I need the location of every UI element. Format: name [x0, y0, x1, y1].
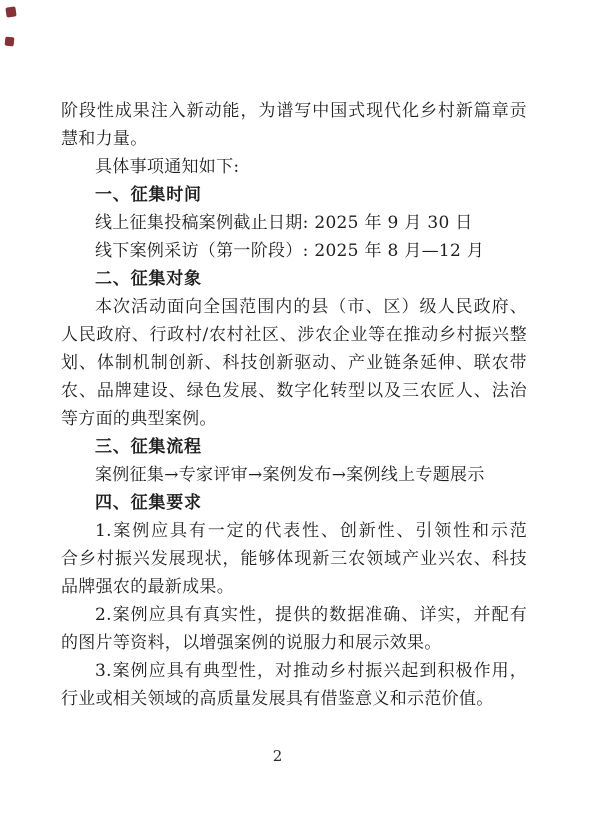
document-line: 的图片等资料，以增强案例的说服力和展示效果。 [61, 629, 527, 657]
document-body: 阶段性成果注入新动能，为谱写中国式现代化乡村新篇章贡献智慧和力量。具体事项通知如… [61, 97, 527, 713]
document-line: 案例征集→专家评审→案例发布→案例线上专题展示 [61, 461, 527, 489]
document-line: 线上征集投稿案例截止日期: 2025 年 9 月 30 日 [61, 209, 527, 237]
document-line: 二、征集对象 [61, 265, 527, 293]
document-line: 线下案例采访（第一阶段）: 2025 年 8 月—12 月 [61, 237, 527, 265]
page-number: 2 [0, 745, 573, 767]
document-line: 农、品牌建设、绿色发展、数字化转型以及三农匠人、法治护农 [61, 377, 527, 405]
document-line: 慧和力量。 [61, 125, 527, 153]
document-line: 阶段性成果注入新动能，为谱写中国式现代化乡村新篇章贡献智 [61, 97, 527, 125]
document-line: 2.案例应具有真实性，提供的数据准确、详实，并配有相关 [61, 601, 527, 629]
document-line: 四、征集要求 [61, 489, 527, 517]
document-line: 3.案例应具有典型性，对推动乡村振兴起到积极作用，对同 [61, 657, 527, 685]
stamp-mark-icon [5, 6, 16, 17]
document-line: 划、体制机制创新、科技创新驱动、产业链条延伸、联农带农富 [61, 349, 527, 377]
document-line: 合乡村振兴发展现状，能够体现新三农领域产业兴农、科技助农、 [61, 545, 527, 573]
document-line: 本次活动面向全国范围内的县（市、区）级人民政府、乡镇 [61, 293, 527, 321]
document-line: 人民政府、行政村/农村社区、涉农企业等在推动乡村振兴整体规 [61, 321, 527, 349]
document-line: 等方面的典型案例。 [61, 405, 527, 433]
document-line: 具体事项通知如下: [61, 153, 527, 181]
document-line: 行业或相关领域的高质量发展具有借鉴意义和示范价值。 [61, 685, 527, 713]
document-page: 阶段性成果注入新动能，为谱写中国式现代化乡村新篇章贡献智慧和力量。具体事项通知如… [0, 0, 591, 825]
document-line: 一、征集时间 [61, 181, 527, 209]
document-line: 三、征集流程 [61, 433, 527, 461]
document-line: 1.案例应具有一定的代表性、创新性、引领性和示范性，符 [61, 517, 527, 545]
document-line: 品牌强农的最新成果。 [61, 573, 527, 601]
stamp-mark-icon [5, 37, 15, 47]
